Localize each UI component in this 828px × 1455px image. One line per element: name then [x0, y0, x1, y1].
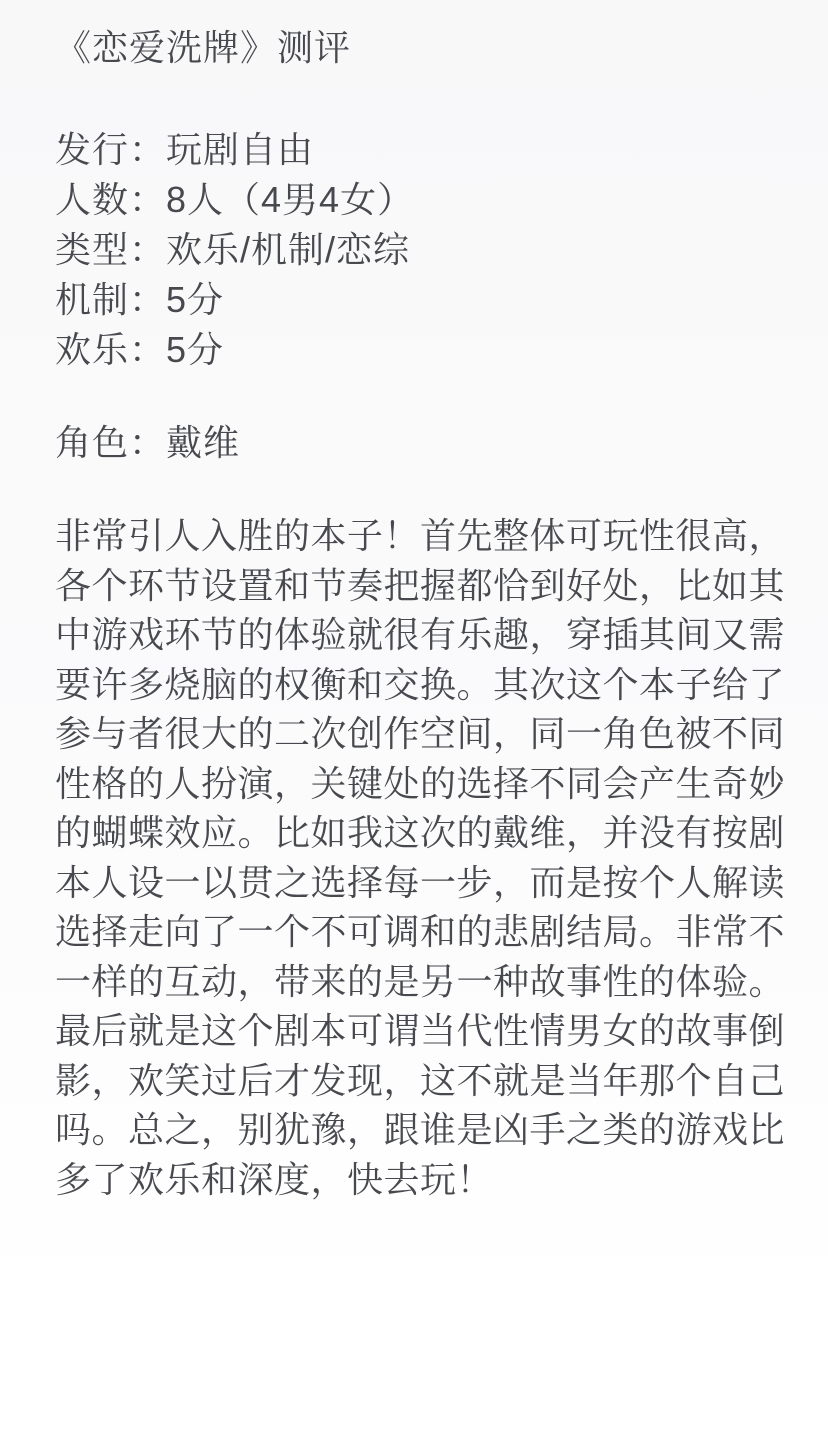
meta-value-mechanism-score: 5分 — [166, 279, 224, 320]
review-line: 本人设一以贯之选择每一步，而是按个人解读 — [55, 858, 792, 908]
review-line: 的蝴蝶效应。比如我这次的戴维，并没有按剧 — [55, 808, 792, 858]
review-document: 《恋爱洗牌》测评 发行：玩剧自由 人数：8人（4男4女） 类型：欢乐/机制/恋综… — [0, 0, 828, 1455]
meta-label-mechanism-score: 机制： — [55, 279, 166, 320]
meta-row-genre: 类型：欢乐/机制/恋综 — [55, 225, 792, 275]
meta-value-publisher: 玩剧自由 — [166, 129, 314, 170]
review-line: 各个环节设置和节奏把握都恰到好处，比如其 — [55, 561, 792, 611]
review-line: 选择走向了一个不可调和的悲剧结局。非常不 — [55, 907, 792, 957]
review-line: 多了欢乐和深度，快去玩！ — [55, 1155, 792, 1205]
meta-value-players: 8人（4男4女） — [166, 179, 414, 220]
meta-value-genre: 欢乐/机制/恋综 — [166, 229, 410, 270]
review-paragraph: 非常引人入胜的本子！首先整体可玩性很高， 各个环节设置和节奏把握都恰到好处，比如… — [55, 511, 792, 1204]
meta-value-fun-score: 5分 — [166, 329, 224, 370]
review-line: 非常引人入胜的本子！首先整体可玩性很高， — [55, 511, 792, 561]
meta-row-players: 人数：8人（4男4女） — [55, 175, 792, 225]
meta-label-players: 人数： — [55, 179, 166, 220]
spacer — [55, 73, 792, 125]
role-label: 角色： — [55, 422, 166, 463]
spacer — [55, 468, 792, 511]
meta-label-publisher: 发行： — [55, 129, 166, 170]
review-line: 一样的互动，带来的是另一种故事性的体验。 — [55, 957, 792, 1007]
role-row: 角色：戴维 — [55, 418, 792, 468]
review-line: 影，欢笑过后才发现，这不就是当年那个自己 — [55, 1056, 792, 1106]
review-line: 吗。总之，别犹豫，跟谁是凶手之类的游戏比 — [55, 1105, 792, 1155]
review-line: 要许多烧脑的权衡和交换。其次这个本子给了 — [55, 660, 792, 710]
role-value: 戴维 — [166, 422, 240, 463]
page-title: 《恋爱洗牌》测评 — [55, 23, 792, 73]
review-line: 中游戏环节的体验就很有乐趣，穿插其间又需 — [55, 610, 792, 660]
meta-row-publisher: 发行：玩剧自由 — [55, 125, 792, 175]
meta-block: 发行：玩剧自由 人数：8人（4男4女） 类型：欢乐/机制/恋综 机制：5分 欢乐… — [55, 125, 792, 375]
meta-label-genre: 类型： — [55, 229, 166, 270]
review-line: 性格的人扮演，关键处的选择不同会产生奇妙 — [55, 759, 792, 809]
meta-row-fun-score: 欢乐：5分 — [55, 325, 792, 375]
review-line: 参与者很大的二次创作空间，同一角色被不同 — [55, 709, 792, 759]
meta-row-mechanism-score: 机制：5分 — [55, 275, 792, 325]
meta-label-fun-score: 欢乐： — [55, 329, 166, 370]
review-line: 最后就是这个剧本可谓当代性情男女的故事倒 — [55, 1006, 792, 1056]
spacer — [55, 375, 792, 418]
